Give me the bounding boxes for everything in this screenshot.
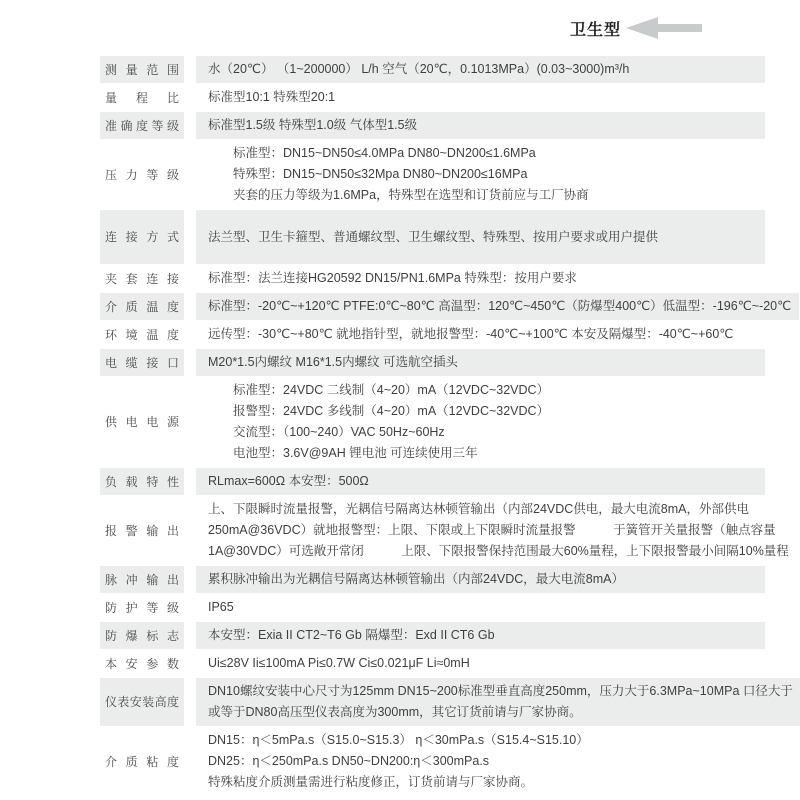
- spec-label-cell: 介质粘度: [100, 727, 184, 796]
- spec-row: 防护等级 IP65: [100, 594, 765, 621]
- spec-label: 仪表安装高度: [105, 695, 179, 709]
- spec-label-cell: 负载特性: [100, 468, 184, 495]
- spec-value-line: RLmax=600Ω 本安型：500Ω: [208, 471, 757, 492]
- spec-label-cell: 量程比: [100, 84, 184, 111]
- spec-label-cell: 防爆标志: [100, 622, 184, 649]
- spec-value-cell: DN15：η＜5mPa.s（S15.0~S15.3） η＜30mPa.s（S15…: [196, 727, 765, 796]
- spec-label: 介质粘度: [105, 755, 179, 769]
- spec-label-cell: 本安参数: [100, 650, 184, 677]
- spec-label: 防爆标志: [105, 629, 179, 643]
- spec-table: 测量范围 水（20℃） （1~200000） L/h 空气（20℃，0.1013…: [100, 56, 765, 796]
- spec-value-cell: M20*1.5内螺纹 M16*1.5内螺纹 可选航空插头: [196, 349, 765, 376]
- spec-label: 介质温度: [105, 300, 179, 314]
- spec-label-cell: 准确度等级: [100, 112, 184, 139]
- spec-row: 准确度等级 标准型1.5级 特殊型1.0级 气体型1.5级: [100, 112, 765, 139]
- spec-value-line: 特殊型：DN15~DN50≤32Mpa DN80~DN200≤16MPa: [208, 164, 757, 185]
- spec-value-line: 标准型1.5级 特殊型1.0级 气体型1.5级: [208, 115, 757, 136]
- spec-value-cell: 远传型：-30℃~+80℃ 就地指针型，就地报警型：-40℃~+100℃ 本安及…: [196, 321, 765, 348]
- spec-label: 测量范围: [105, 63, 179, 77]
- spec-label-cell: 环境温度: [100, 321, 184, 348]
- spec-label: 量程比: [105, 91, 179, 105]
- spec-label-cell: 压力等级: [100, 140, 184, 209]
- spec-value-line: Ui≤28V Ii≤100mA Pi≤0.7W Ci≤0.021μF Li≈0m…: [208, 653, 757, 674]
- spec-value-line: 本安型：Exia II CT2~T6 Gb 隔爆型：Exd II CT6 Gb: [208, 625, 757, 646]
- spec-label: 供电电源: [105, 415, 179, 429]
- spec-value-cell: 标准型：-20℃~+120℃ PTFE:0℃~80℃ 高温型：120℃~450℃…: [196, 293, 799, 320]
- spec-value-line: M20*1.5内螺纹 M16*1.5内螺纹 可选航空插头: [208, 352, 757, 373]
- spec-row: 供电电源 标准型：24VDC 二线制（4~20）mA（12VDC~32VDC）报…: [100, 377, 765, 467]
- page-tag-label: 卫生型: [570, 17, 621, 40]
- spec-value-line: 报警型：24VDC 多线制（4~20）mA（12VDC~32VDC）: [208, 401, 757, 422]
- spec-value-line: 或等于DN80高压型仪表高度为300mm，其它订货前请与厂家协商。: [208, 702, 793, 723]
- spec-row: 压力等级 标准型：DN15~DN50≤4.0MPa DN80~DN200≤1.6…: [100, 140, 765, 209]
- spec-value-line: 上、下限瞬时流量报警，光耦信号隔离达林顿管输出（内部24VDC供电，最大电流8m…: [208, 499, 789, 520]
- spec-label: 脉冲输出: [105, 573, 179, 587]
- spec-label-cell: 报警输出: [100, 496, 184, 565]
- spec-row: 脉冲输出 累积脉冲输出为光耦信号隔离达林顿管输出（内部24VDC，最大电流8mA…: [100, 566, 765, 593]
- left-arrow-icon: [626, 14, 702, 42]
- spec-value-line: 夹套的压力等级为1.6MPa，特殊型在选型和订货前应与工厂协商: [208, 185, 757, 206]
- spec-value-line: 远传型：-30℃~+80℃ 就地指针型，就地报警型：-40℃~+100℃ 本安及…: [208, 324, 757, 345]
- spec-value-cell: 标准型1.5级 特殊型1.0级 气体型1.5级: [196, 112, 765, 139]
- spec-label: 夹套连接: [105, 272, 179, 286]
- spec-value-line: DN15：η＜5mPa.s（S15.0~S15.3） η＜30mPa.s（S15…: [208, 730, 757, 751]
- spec-label: 连接方式: [105, 230, 179, 244]
- spec-value-line: 电池型：3.6V@9AH 锂电池 可连续使用三年: [208, 443, 757, 464]
- spec-label-cell: 测量范围: [100, 56, 184, 83]
- spec-value-line: 累积脉冲输出为光耦信号隔离达林顿管输出（内部24VDC，最大电流8mA）: [208, 569, 757, 590]
- spec-row: 防爆标志 本安型：Exia II CT2~T6 Gb 隔爆型：Exd II CT…: [100, 622, 765, 649]
- spec-label-cell: 电缆接口: [100, 349, 184, 376]
- spec-value-cell: 法兰型、卫生卡箍型、普通螺纹型、卫生螺纹型、特殊型、按用户要求或用户提供: [196, 210, 765, 264]
- spec-row: 电缆接口 M20*1.5内螺纹 M16*1.5内螺纹 可选航空插头: [100, 349, 765, 376]
- spec-row: 介质温度 标准型：-20℃~+120℃ PTFE:0℃~80℃ 高温型：120℃…: [100, 293, 765, 320]
- datasheet-page: 卫生型 测量范围 水（20℃） （1~200000） L/h 空气（20℃，0.…: [0, 0, 800, 800]
- spec-label-cell: 仪表安装高度: [100, 678, 184, 726]
- spec-value-cell: IP65: [196, 594, 765, 621]
- header: 卫生型: [570, 14, 702, 42]
- spec-row: 本安参数 Ui≤28V Ii≤100mA Pi≤0.7W Ci≤0.021μF …: [100, 650, 765, 677]
- spec-label-cell: 供电电源: [100, 377, 184, 467]
- spec-value-cell: 上、下限瞬时流量报警，光耦信号隔离达林顿管输出（内部24VDC供电，最大电流8m…: [196, 496, 797, 565]
- spec-value-line: DN10螺纹安装中心尺寸为125mm DN15~200标准型垂直高度250mm，…: [208, 681, 793, 702]
- spec-value-line: 法兰型、卫生卡箍型、普通螺纹型、卫生螺纹型、特殊型、按用户要求或用户提供: [208, 227, 757, 248]
- spec-value-cell: RLmax=600Ω 本安型：500Ω: [196, 468, 765, 495]
- spec-value-cell: Ui≤28V Ii≤100mA Pi≤0.7W Ci≤0.021μF Li≈0m…: [196, 650, 765, 677]
- spec-value-cell: 标准型10:1 特殊型20:1: [196, 84, 765, 111]
- spec-value-line: 标准型：DN15~DN50≤4.0MPa DN80~DN200≤1.6MPa: [208, 143, 757, 164]
- spec-row: 负载特性 RLmax=600Ω 本安型：500Ω: [100, 468, 765, 495]
- spec-value-line: DN25：η＜250mPa.s DN50~DN200:η＜300mPa.s: [208, 751, 757, 772]
- spec-value-line: 标准型10:1 特殊型20:1: [208, 87, 757, 108]
- spec-value-line: 标准型：24VDC 二线制（4~20）mA（12VDC~32VDC）: [208, 380, 757, 401]
- spec-row: 环境温度 远传型：-30℃~+80℃ 就地指针型，就地报警型：-40℃~+100…: [100, 321, 765, 348]
- spec-row: 介质粘度 DN15：η＜5mPa.s（S15.0~S15.3） η＜30mPa.…: [100, 727, 765, 796]
- spec-value-line: 标准型：法兰连接HG20592 DN15/PN1.6MPa 特殊型：按用户要求: [208, 268, 757, 289]
- spec-value-cell: 标准型：法兰连接HG20592 DN15/PN1.6MPa 特殊型：按用户要求: [196, 265, 765, 292]
- spec-label-cell: 介质温度: [100, 293, 184, 320]
- spec-value-line: IP65: [208, 597, 757, 618]
- spec-row: 连接方式 法兰型、卫生卡箍型、普通螺纹型、卫生螺纹型、特殊型、按用户要求或用户提…: [100, 210, 765, 264]
- spec-label: 压力等级: [105, 168, 179, 182]
- spec-row: 量程比 标准型10:1 特殊型20:1: [100, 84, 765, 111]
- spec-value-line: 交流型：（100~240）VAC 50Hz~60Hz: [208, 422, 757, 443]
- spec-value-line: 特殊粘度介质测量需进行粘度修正，订货前请与厂家协商。: [208, 772, 757, 793]
- spec-value-cell: 本安型：Exia II CT2~T6 Gb 隔爆型：Exd II CT6 Gb: [196, 622, 765, 649]
- spec-value-line: 1A@30VDC）可选敞开常闭 上限、下限报警保持范围最大60%量程，上下限报警…: [208, 541, 789, 562]
- spec-value-line: 250mA@36VDC）就地报警型：上限、下限或上下限瞬时流量报警 于簧管开关量…: [208, 520, 789, 541]
- spec-row: 报警输出 上、下限瞬时流量报警，光耦信号隔离达林顿管输出（内部24VDC供电，最…: [100, 496, 765, 565]
- spec-row: 夹套连接 标准型：法兰连接HG20592 DN15/PN1.6MPa 特殊型：按…: [100, 265, 765, 292]
- spec-label-cell: 脉冲输出: [100, 566, 184, 593]
- spec-value-cell: 标准型：DN15~DN50≤4.0MPa DN80~DN200≤1.6MPa特殊…: [196, 140, 765, 209]
- spec-value-cell: 累积脉冲输出为光耦信号隔离达林顿管输出（内部24VDC，最大电流8mA）: [196, 566, 765, 593]
- spec-value-cell: 标准型：24VDC 二线制（4~20）mA（12VDC~32VDC）报警型：24…: [196, 377, 765, 467]
- spec-label: 本安参数: [105, 657, 179, 671]
- spec-value-cell: 水（20℃） （1~200000） L/h 空气（20℃，0.1013MPa）(…: [196, 56, 765, 83]
- spec-label: 防护等级: [105, 601, 179, 615]
- spec-label: 报警输出: [105, 524, 179, 538]
- spec-label: 环境温度: [105, 328, 179, 342]
- spec-label: 电缆接口: [105, 356, 179, 370]
- spec-value-cell: DN10螺纹安装中心尺寸为125mm DN15~200标准型垂直高度250mm，…: [196, 678, 800, 726]
- spec-row: 测量范围 水（20℃） （1~200000） L/h 空气（20℃，0.1013…: [100, 56, 765, 83]
- spec-label-cell: 夹套连接: [100, 265, 184, 292]
- spec-row: 仪表安装高度 DN10螺纹安装中心尺寸为125mm DN15~200标准型垂直高…: [100, 678, 765, 726]
- spec-value-line: 水（20℃） （1~200000） L/h 空气（20℃，0.1013MPa）(…: [208, 59, 757, 80]
- spec-label: 负载特性: [105, 475, 179, 489]
- spec-label: 准确度等级: [105, 119, 179, 133]
- spec-label-cell: 防护等级: [100, 594, 184, 621]
- spec-label-cell: 连接方式: [100, 210, 184, 264]
- spec-value-line: 标准型：-20℃~+120℃ PTFE:0℃~80℃ 高温型：120℃~450℃…: [208, 296, 791, 317]
